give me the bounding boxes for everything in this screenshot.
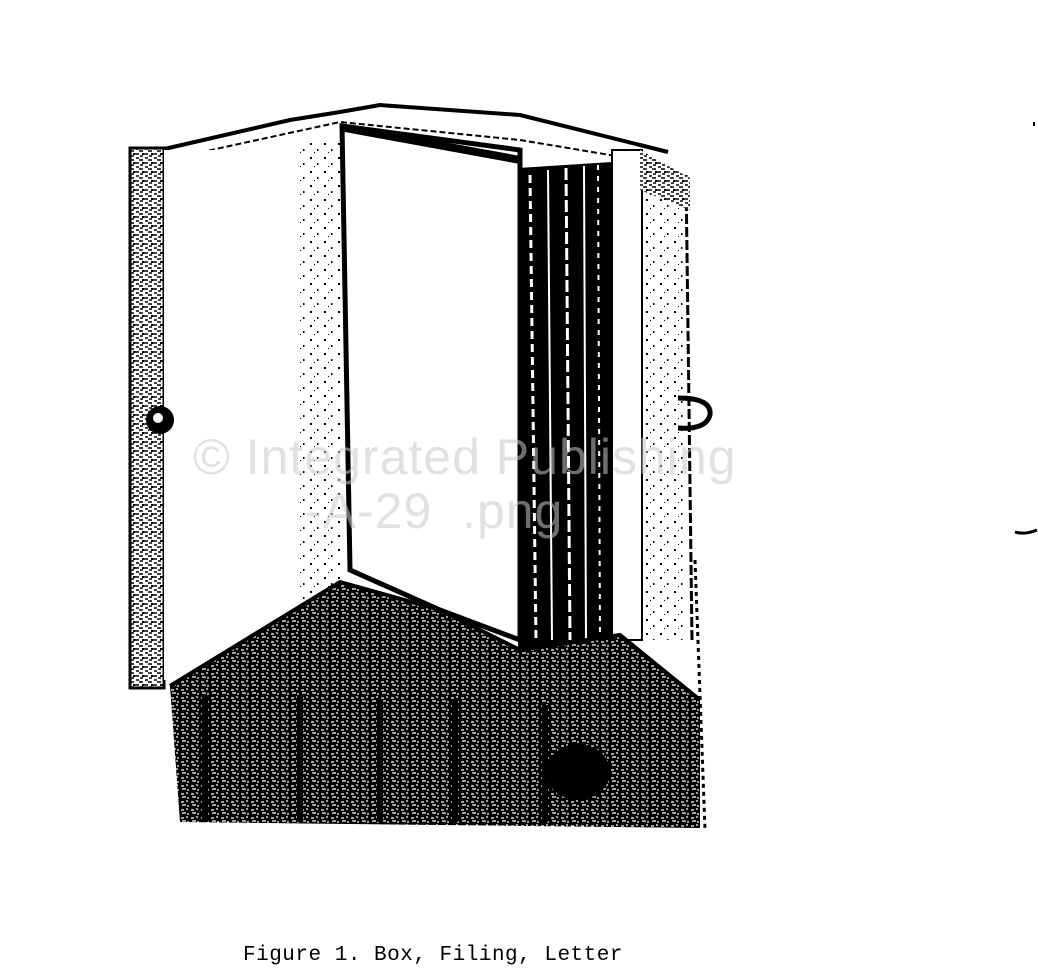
front-cover-leaf: [342, 126, 520, 640]
left-latch-icon: [146, 406, 174, 434]
filing-box-illustration: [0, 0, 1038, 971]
back-board: [612, 150, 692, 640]
panel-shading: [300, 140, 340, 600]
file-folders: [518, 162, 612, 650]
figure-caption: Figure 1. Box, Filing, Letter: [243, 944, 623, 967]
scan-mark: [1015, 530, 1037, 533]
finger-pull: [546, 744, 610, 800]
scan-mark: [1033, 122, 1035, 126]
